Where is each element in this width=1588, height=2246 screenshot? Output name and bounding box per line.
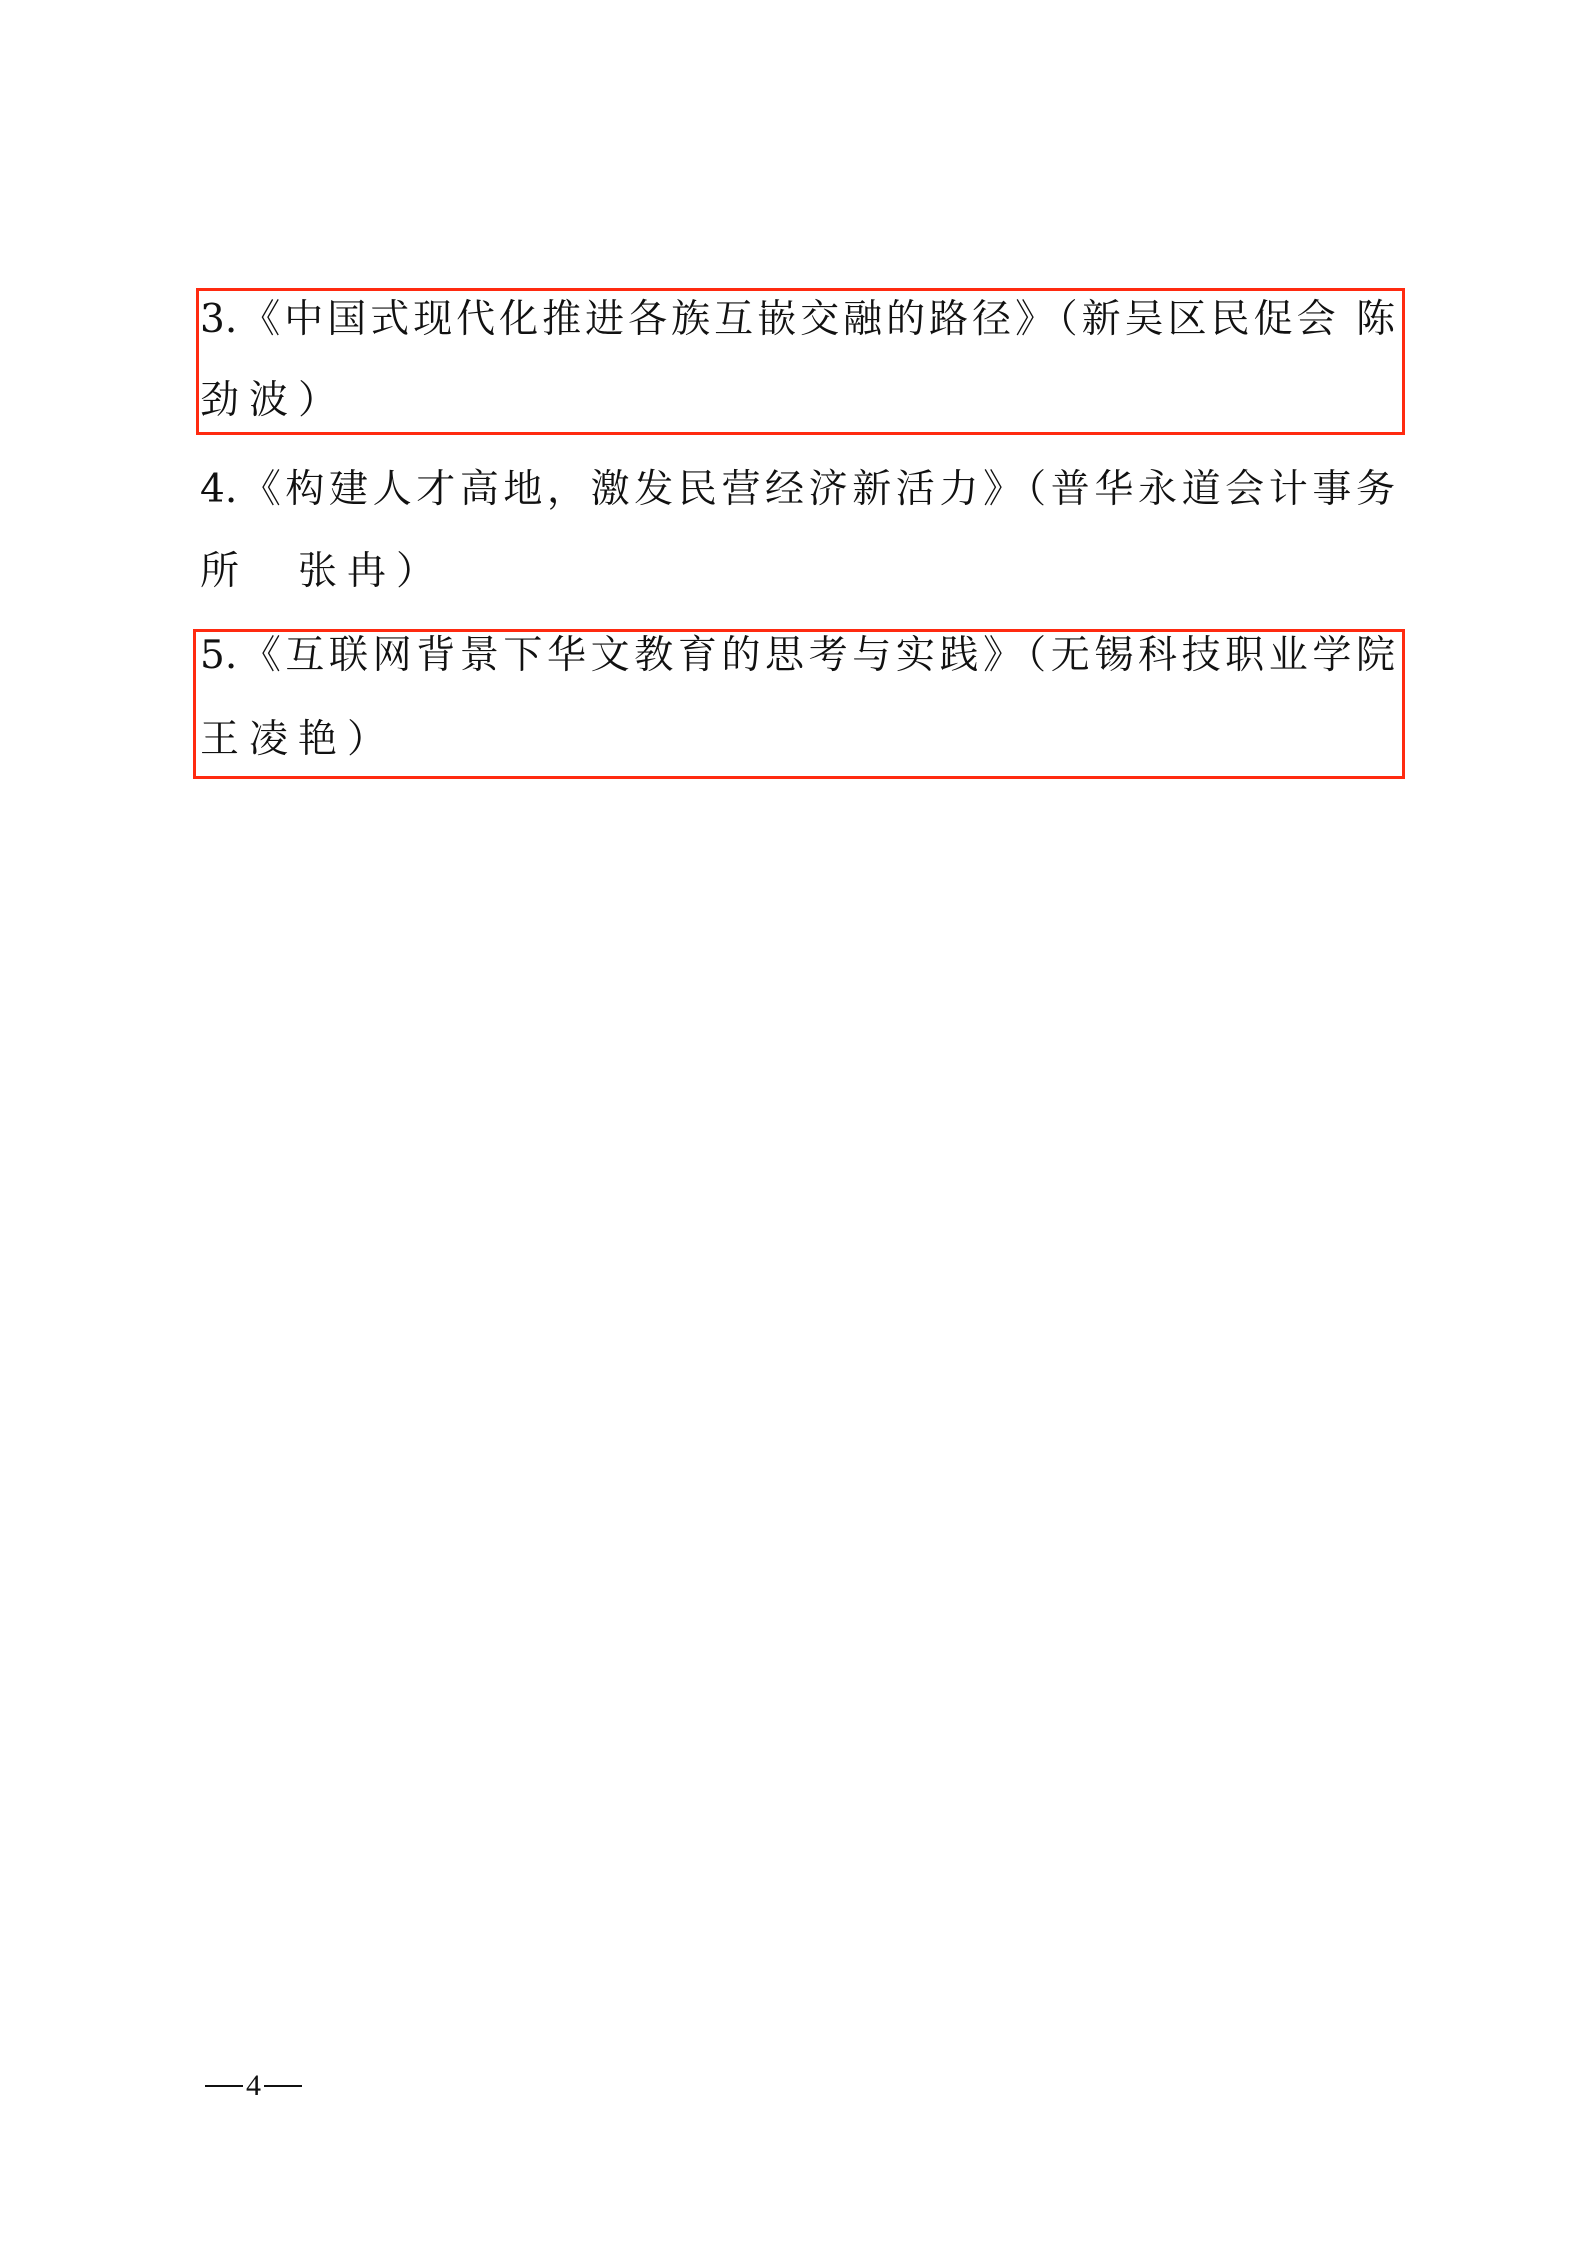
- item-5-line-2: 王凌艳）: [200, 710, 1395, 770]
- document-page: 3.《中国式现代化推进各族互嵌交融的路径》（新吴区民促会 陈 劲波） 4.《构建…: [0, 0, 1588, 2246]
- page-number-dash-right: [264, 2085, 302, 2087]
- item-3-line-1: 3.《中国式现代化推进各族互嵌交融的路径》（新吴区民促会 陈: [200, 290, 1395, 350]
- item-3-line-2: 劲波）: [200, 371, 1395, 431]
- item-4-line-1: 4.《构建人才高地，激发民营经济新活力》（普华永道会计事务: [200, 460, 1395, 520]
- page-number-dash-left: [205, 2085, 243, 2087]
- page-number-value: 4: [243, 2064, 264, 2108]
- page-number: 4: [205, 2064, 302, 2108]
- item-5-line-1: 5.《互联网背景下华文教育的思考与实践》（无锡科技职业学院: [200, 626, 1395, 686]
- item-4-line-2: 所 张冉）: [200, 542, 1395, 602]
